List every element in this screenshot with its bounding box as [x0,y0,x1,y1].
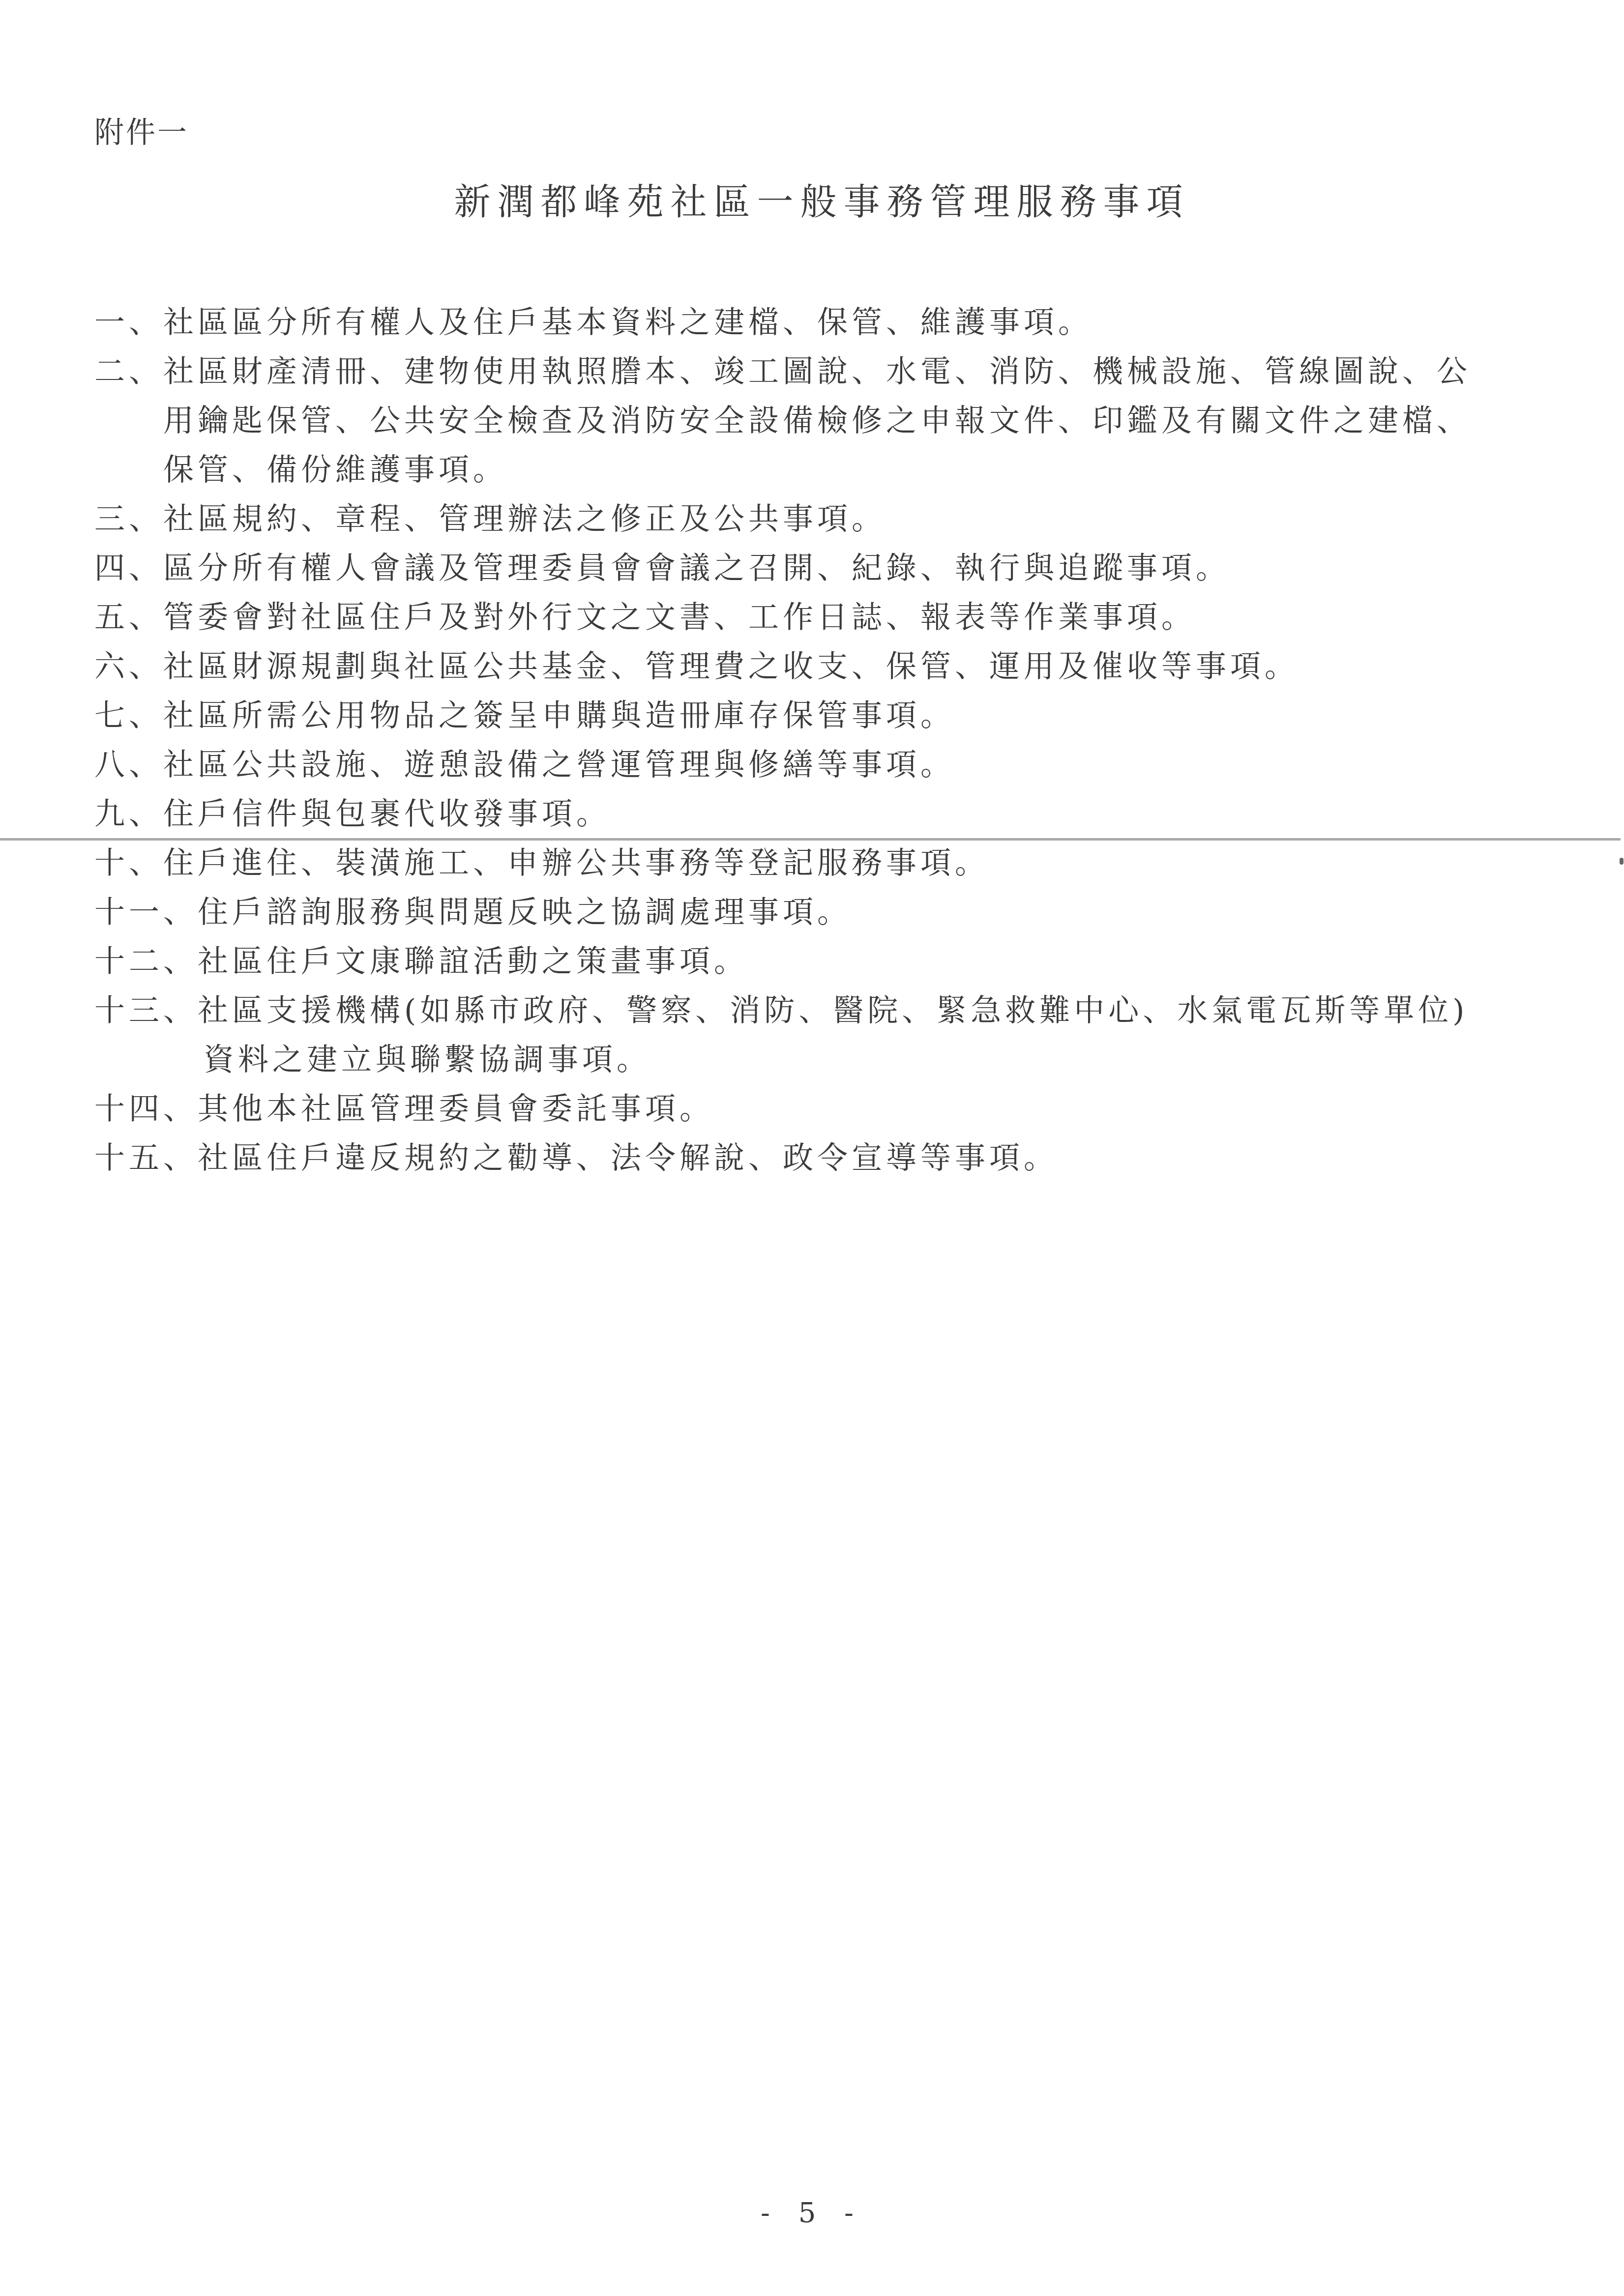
list-item-1: 一、社區區分所有權人及住戶基本資料之建檔、保管、維護事項。 [94,298,1569,347]
list-item-13-continuation: 資料之建立與聯繫協調事項。 [94,1035,1569,1084]
list-item-2-continuation: 用鑰匙保管、公共安全檢查及消防安全設備檢修之申報文件、印鑑及有關文件之建檔、 [94,396,1569,445]
list-item-4: 四、區分所有權人會議及管理委員會會議之召開、紀錄、執行與追蹤事項。 [94,544,1569,593]
scan-artifact-speck [1620,858,1624,865]
list-item-5: 五、管委會對社區住戶及對外行文之文書、工作日誌、報表等作業事項。 [94,593,1569,642]
attachment-label: 附件一 [94,109,189,151]
scan-artifact-line [0,838,1621,841]
list-item-13: 十三、社區支援機構(如縣市政府、警察、消防、醫院、緊急救難中心、水氣電瓦斯等單位… [94,986,1569,1035]
list-item-11: 十一、住戶諮詢服務與問題反映之協調處理事項。 [94,888,1569,937]
list-item-8: 八、社區公共設施、遊憩設備之營運管理與修繕等事項。 [94,740,1569,789]
list-item-6: 六、社區財源規劃與社區公共基金、管理費之收支、保管、運用及催收等事項。 [94,642,1569,691]
list-item-12: 十二、社區住戶文康聯誼活動之策畫事項。 [94,937,1569,986]
list-item-3: 三、社區規約、章程、管理辦法之修正及公共事項。 [94,494,1569,544]
list-item-15: 十五、社區住戶違反規約之勸導、法令解說、政令宣導等事項。 [94,1133,1569,1183]
list-item-2-continuation: 保管、備份維護事項。 [94,445,1569,494]
list-item-2: 二、社區財產清冊、建物使用執照謄本、竣工圖說、水電、消防、機械設施、管線圖說、公 [94,347,1569,396]
page-number: - 5 - [0,2197,1624,2229]
list-item-14: 十四、其他本社區管理委員會委託事項。 [94,1084,1569,1133]
list-item-9: 九、住戶信件與包裹代收發事項。 [94,789,1569,839]
document-title: 新潤都峰苑社區一般事務管理服務事項 [0,173,1624,225]
list-item-10: 十、住戶進住、裝潢施工、申辦公共事務等登記服務事項。 [94,839,1569,888]
service-items-list: 一、社區區分所有權人及住戶基本資料之建檔、保管、維護事項。 二、社區財產清冊、建… [94,298,1569,1183]
list-item-7: 七、社區所需公用物品之簽呈申購與造冊庫存保管事項。 [94,691,1569,740]
